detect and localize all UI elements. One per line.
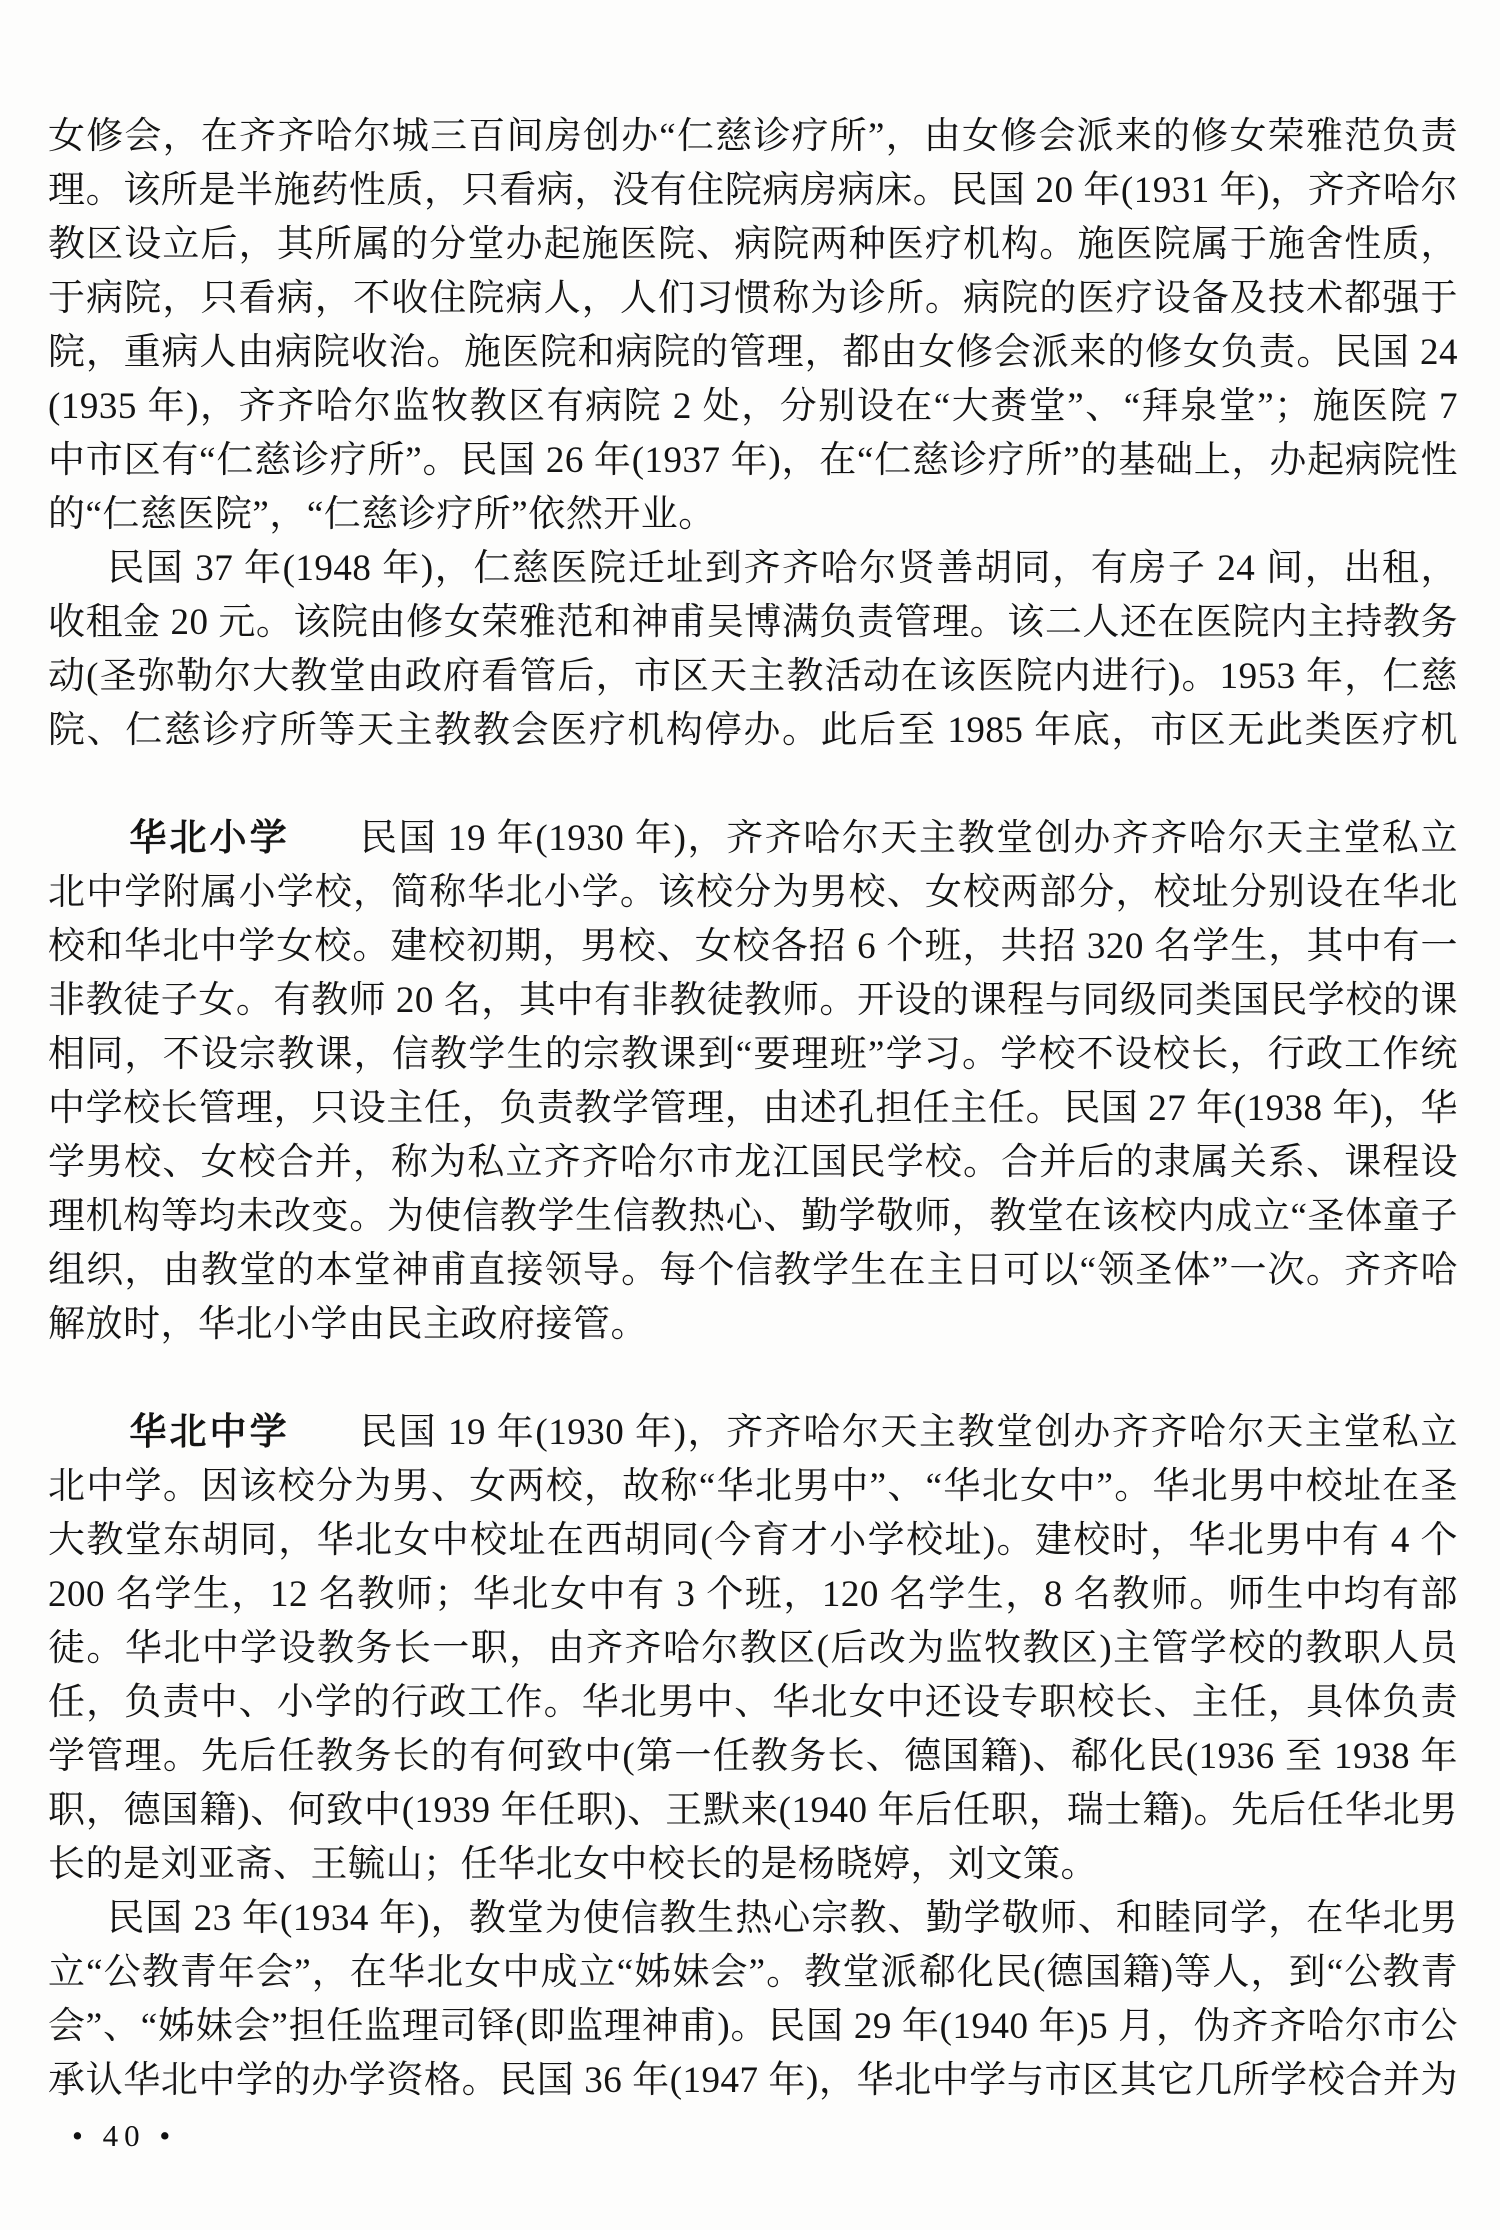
- text-line: 任，负责中、小学的行政工作。华北男中、华北女中还设专职校长、主任，具体负责学校的…: [48, 1676, 1458, 1730]
- text-line: 民国 37 年(1948 年)，仁慈医院迁址到齐齐哈尔贤善胡同，有房子 24 间…: [48, 542, 1458, 596]
- text-line: 相同，不设宗教课，信教学生的宗教课到“要理班”学习。学校不设校长，行政工作统由华…: [48, 1028, 1458, 1082]
- text-run: 中学校长管理，只设主任，负责教学管理，由述孔担任主任。民国 27 年(1938 …: [48, 1088, 1458, 1136]
- text-run: 中市区有“仁慈诊疗所”。民国 26 年(1937 年)，在“仁慈诊疗所”的基础上…: [48, 440, 1458, 488]
- text-line: 北中学。因该校分为男、女两校，故称“华北男中”、“华北女中”。华北男中校址在圣弥…: [48, 1460, 1458, 1514]
- text-run: 承认华北中学的办学资格。民国 36 年(1947 年)，华北中学与市区其它几所学…: [48, 2060, 1458, 2108]
- text-line: 院，重病人由病院收治。施医院和病院的管理，都由女修会派来的修女负责。民国 24 …: [48, 326, 1458, 380]
- text-line: 民国 23 年(1934 年)，教堂为使信教生热心宗教、勤学敬师、和睦同学，在华…: [48, 1892, 1458, 1946]
- document-page: 女修会，在齐齐哈尔城三百间房创办“仁慈诊疗所”，由女修会派来的修女荣雅范负责管理…: [0, 0, 1500, 2230]
- text-line: 长的是刘亚斋、王毓山；任华北女中校长的是杨晓婷，刘文策。: [48, 1838, 1458, 1892]
- text-run: 立“公教青年会”，在华北女中成立“姊妹会”。教堂派郗化民(德国籍)等人，到“公教…: [48, 1952, 1458, 2000]
- text-line: 承认华北中学的办学资格。民国 36 年(1947 年)，华北中学与市区其它几所学…: [48, 2054, 1458, 2108]
- text-run: 女修会，在齐齐哈尔城三百间房创办“仁慈诊疗所”，由女修会派来的修女荣雅范负责管: [48, 116, 1458, 164]
- text-run: 相同，不设宗教课，信教学生的宗教课到“要理班”学习。学校不设校长，行政工作统由华…: [48, 1034, 1458, 1082]
- text-line: 徒。华北中学设教务长一职，由齐齐哈尔教区(后改为监牧教区)主管学校的教职人员担: [48, 1622, 1458, 1676]
- text-run: 北中学附属小学校，简称华北小学。该校分为男校、女校两部分，校址分别设在华北中学男: [48, 872, 1458, 920]
- text-line: 北中学附属小学校，简称华北小学。该校分为男校、女校两部分，校址分别设在华北中学男: [48, 866, 1458, 920]
- text-run: 民国 37 年(1948 年)，仁慈医院迁址到齐齐哈尔贤善胡同，有房子 24 间…: [48, 548, 1458, 596]
- text-run: 职，德国籍)、何致中(1939 年任职)、王默来(1940 年后任职，瑞士籍)。…: [48, 1790, 1458, 1838]
- text-run: 理机构等均未改变。为使信教学生信教热心、勤学敬师，教堂在该校内成立“圣体童子军”: [48, 1196, 1458, 1244]
- text-run: 动(圣弥勒尔大教堂由政府看管后，市区天主教活动在该医院内进行)。1953 年，仁…: [48, 656, 1458, 704]
- text-line: 会”、“姊妹会”担任监理司铎(即监理神甫)。民国 29 年(1940 年)5 月…: [48, 2000, 1458, 2054]
- text-line: 理机构等均未改变。为使信教学生信教热心、勤学敬师，教堂在该校内成立“圣体童子军”: [48, 1190, 1458, 1244]
- text-line: 职，德国籍)、何致中(1939 年任职)、王默来(1940 年后任职，瑞士籍)。…: [48, 1784, 1458, 1838]
- section-renci-clinic-hospital: 女修会，在齐齐哈尔城三百间房创办“仁慈诊疗所”，由女修会派来的修女荣雅范负责管理…: [48, 110, 1458, 758]
- text-run: (1935 年)，齐齐哈尔监牧教区有病院 2 处，分别设在“大赉堂”、“拜泉堂”…: [48, 386, 1458, 434]
- text-run: 院，重病人由病院收治。施医院和病院的管理，都由女修会派来的修女负责。民国 24 …: [48, 332, 1458, 380]
- text-line: 动(圣弥勒尔大教堂由政府看管后，市区天主教活动在该医院内进行)。1953 年，仁…: [48, 650, 1458, 704]
- text-run: 收租金 20 元。该院由修女荣雅范和神甫吴博满负责管理。该二人还在医院内主持教务…: [48, 602, 1458, 650]
- text-run: 200 名学生，12 名教师；华北女中有 3 个班，120 名学生，8 名教师。…: [48, 1574, 1458, 1622]
- heading-huabei-middle-school: 华北中学: [129, 1412, 289, 1453]
- text-line: 于病院，只看病，不收住院病人，人们习惯称为诊所。病院的医疗设备及技术都强于施医: [48, 272, 1458, 326]
- text-run: 学管理。先后任教务长的有何致中(第一任教务长、德国籍)、郗化民(1936 至 1…: [48, 1736, 1458, 1784]
- text-run: 会”、“姊妹会”担任监理司铎(即监理神甫)。民国 29 年(1940 年)5 月…: [48, 2006, 1458, 2054]
- text-line: 学管理。先后任教务长的有何致中(第一任教务长、德国籍)、郗化民(1936 至 1…: [48, 1730, 1458, 1784]
- text-block: 女修会，在齐齐哈尔城三百间房创办“仁慈诊疗所”，由女修会派来的修女荣雅范负责管理…: [48, 110, 1458, 2108]
- text-run: 院、仁慈诊疗所等天主教教会医疗机构停办。此后至 1985 年底，市区无此类医疗机…: [48, 710, 1458, 758]
- text-line: 的“仁慈医院”，“仁慈诊疗所”依然开业。: [48, 488, 1458, 542]
- text-line: 校和华北中学女校。建校初期，男校、女校各招 6 个班，共招 320 名学生，其中…: [48, 920, 1458, 974]
- text-line: 非教徒子女。有教师 20 名，其中有非教徒教师。开设的课程与同级同类国民学校的课…: [48, 974, 1458, 1028]
- text-line: 教区设立后，其所属的分堂办起施医院、病院两种医疗机构。施医院属于施舍性质，规模小: [48, 218, 1458, 272]
- text-run: 民国 23 年(1934 年)，教堂为使信教生热心宗教、勤学敬师、和睦同学，在华…: [48, 1898, 1458, 1946]
- text-run: 解放时，华北小学由民主政府接管。: [48, 1304, 648, 1345]
- text-run: 的“仁慈医院”，“仁慈诊疗所”依然开业。: [48, 494, 716, 535]
- text-run: 非教徒子女。有教师 20 名，其中有非教徒教师。开设的课程与同级同类国民学校的课…: [48, 980, 1458, 1028]
- text-line: 200 名学生，12 名教师；华北女中有 3 个班，120 名学生，8 名教师。…: [48, 1568, 1458, 1622]
- text-line: 女修会，在齐齐哈尔城三百间房创办“仁慈诊疗所”，由女修会派来的修女荣雅范负责管: [48, 110, 1458, 164]
- text-line: 组织，由教堂的本堂神甫直接领导。每个信教学生在主日可以“领圣体”一次。齐齐哈尔市: [48, 1244, 1458, 1298]
- text-line: 中学校长管理，只设主任，负责教学管理，由述孔担任主任。民国 27 年(1938 …: [48, 1082, 1458, 1136]
- text-run: 教区设立后，其所属的分堂办起施医院、病院两种医疗机构。施医院属于施舍性质，规模小: [48, 224, 1458, 272]
- text-run: 大教堂东胡同，华北女中校址在西胡同(今育才小学校址)。建校时，华北男中有 4 个…: [48, 1520, 1458, 1568]
- page-number: • 40 •: [72, 2118, 176, 2154]
- text-line: 解放时，华北小学由民主政府接管。: [48, 1298, 1458, 1352]
- text-line: (1935 年)，齐齐哈尔监牧教区有病院 2 处，分别设在“大赉堂”、“拜泉堂”…: [48, 380, 1458, 434]
- text-line: 华北小学民国 19 年(1930 年)，齐齐哈尔天主教堂创办齐齐哈尔天主堂私立华: [48, 812, 1458, 866]
- text-line: 收租金 20 元。该院由修女荣雅范和神甫吴博满负责管理。该二人还在医院内主持教务…: [48, 596, 1458, 650]
- text-run: 北中学。因该校分为男、女两校，故称“华北男中”、“华北女中”。华北男中校址在圣弥…: [48, 1466, 1458, 1514]
- text-run: 学男校、女校合并，称为私立齐齐哈尔市龙江国民学校。合并后的隶属关系、课程设置、管: [48, 1142, 1458, 1190]
- text-line: 学男校、女校合并，称为私立齐齐哈尔市龙江国民学校。合并后的隶属关系、课程设置、管: [48, 1136, 1458, 1190]
- section-huabei-primary-school: 华北小学民国 19 年(1930 年)，齐齐哈尔天主教堂创办齐齐哈尔天主堂私立华…: [48, 812, 1458, 1352]
- text-line: 大教堂东胡同，华北女中校址在西胡同(今育才小学校址)。建校时，华北男中有 4 个…: [48, 1514, 1458, 1568]
- text-run: 长的是刘亚斋、王毓山；任华北女中校长的是杨晓婷，刘文策。: [48, 1844, 1098, 1885]
- text-line: 中市区有“仁慈诊疗所”。民国 26 年(1937 年)，在“仁慈诊疗所”的基础上…: [48, 434, 1458, 488]
- text-run: 校和华北中学女校。建校初期，男校、女校各招 6 个班，共招 320 名学生，其中…: [48, 926, 1458, 974]
- text-run: 徒。华北中学设教务长一职，由齐齐哈尔教区(后改为监牧教区)主管学校的教职人员担: [48, 1628, 1458, 1676]
- text-line: 华北中学民国 19 年(1930 年)，齐齐哈尔天主教堂创办齐齐哈尔天主堂私立华: [48, 1406, 1458, 1460]
- text-line: 院、仁慈诊疗所等天主教教会医疗机构停办。此后至 1985 年底，市区无此类医疗机…: [48, 704, 1458, 758]
- text-run: 理。该所是半施药性质，只看病，没有住院病房病床。民国 20 年(1931 年)，…: [48, 170, 1458, 218]
- text-run: 于病院，只看病，不收住院病人，人们习惯称为诊所。病院的医疗设备及技术都强于施医: [48, 278, 1458, 326]
- text-run: 组织，由教堂的本堂神甫直接领导。每个信教学生在主日可以“领圣体”一次。齐齐哈尔市: [48, 1250, 1458, 1298]
- text-line: 理。该所是半施药性质，只看病，没有住院病房病床。民国 20 年(1931 年)，…: [48, 164, 1458, 218]
- section-huabei-middle-school: 华北中学民国 19 年(1930 年)，齐齐哈尔天主教堂创办齐齐哈尔天主堂私立华…: [48, 1406, 1458, 2108]
- text-run: 任，负责中、小学的行政工作。华北男中、华北女中还设专职校长、主任，具体负责学校的…: [48, 1682, 1458, 1730]
- heading-huabei-primary-school: 华北小学: [129, 818, 289, 859]
- text-line: 立“公教青年会”，在华北女中成立“姊妹会”。教堂派郗化民(德国籍)等人，到“公教…: [48, 1946, 1458, 2000]
